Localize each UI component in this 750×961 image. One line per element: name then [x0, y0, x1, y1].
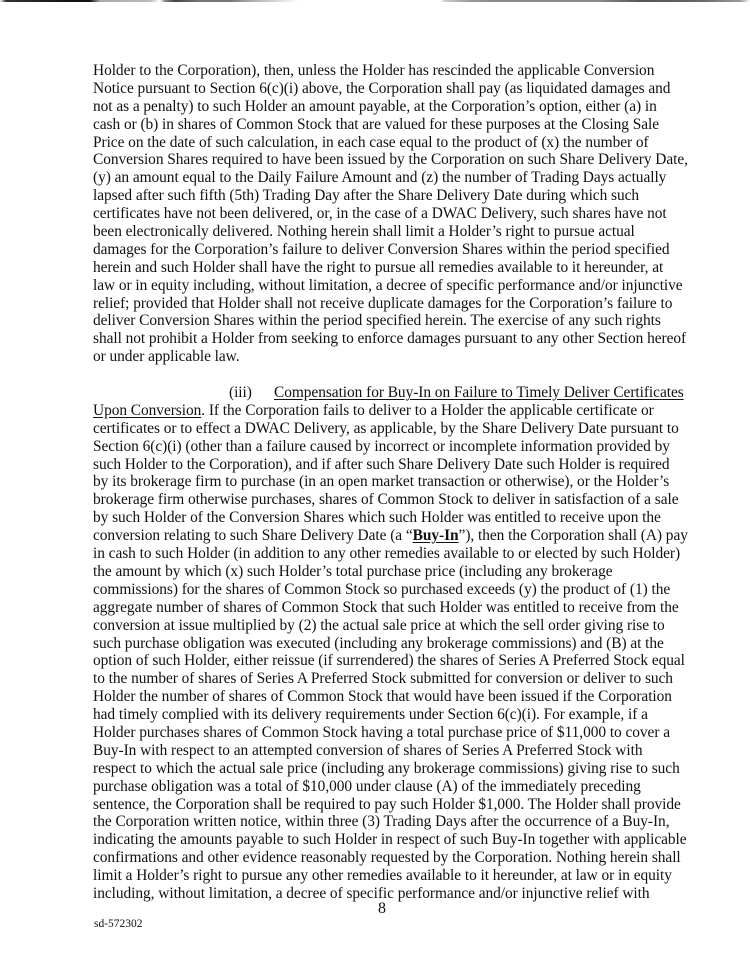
section-text-block-b: in cash to such Holder (in addition to a… [93, 545, 673, 903]
defined-term-buy-in: Buy-In [413, 527, 459, 544]
text-line: to the number of shares of Series A Pref… [93, 670, 673, 688]
text-fragment: conversion relating to such Share Delive… [93, 527, 413, 544]
text-line: . If the Corporation fails to deliver to… [201, 402, 653, 419]
text-line: been electronically delivered. Nothing h… [93, 223, 673, 241]
buy-in-definition-line: conversion relating to such Share Delive… [93, 527, 673, 545]
section-heading: Compensation for Buy-In on Failure to Ti… [274, 384, 684, 401]
section-text-block-a: certificates or to effect a DWAC Deliver… [93, 420, 673, 527]
text-line: limit a Holder’s right to pursue any oth… [93, 867, 673, 885]
text-line: Holder to the Corporation), then, unless… [93, 62, 673, 80]
text-line: herein and such Holder shall have the ri… [93, 259, 673, 277]
text-line: relief; provided that Holder shall not r… [93, 295, 673, 313]
text-line: Notice pursuant to Section 6(c)(i) above… [93, 80, 673, 98]
section-heading-continued: Upon Conversion [93, 402, 201, 419]
text-line: by its brokerage firm to purchase (in an… [93, 473, 673, 491]
text-line: Buy-In with respect to an attempted conv… [93, 742, 673, 760]
text-line: lapsed after such fifth (5th) Trading Da… [93, 187, 673, 205]
text-line: or under applicable law. [93, 348, 673, 366]
text-line: by such Holder of the Conversion Shares … [93, 509, 673, 527]
text-line: certificates or to effect a DWAC Deliver… [93, 420, 673, 438]
text-line: the amount by which (x) such Holder’s to… [93, 563, 673, 581]
text-line: law or in equity including, without limi… [93, 277, 673, 295]
page-number: 8 [0, 900, 750, 918]
text-line: respect to which the actual sale price (… [93, 760, 673, 778]
text-line: such Holder to the Corporation), and if … [93, 456, 673, 474]
text-line: Section 6(c)(i) (other than a failure ca… [93, 438, 673, 456]
text-line: Holder the number of shares of Common St… [93, 688, 673, 706]
section-iii-buy-in: (iii)Compensation for Buy-In on Failure … [93, 384, 673, 903]
text-line: indicating the amounts payable to such H… [93, 831, 673, 849]
section-heading-line-2: Upon Conversion. If the Corporation fail… [93, 402, 673, 420]
text-line: option of such Holder, either reissue (i… [93, 652, 673, 670]
text-line: the Corporation written notice, within t… [93, 813, 673, 831]
text-line: not as a penalty) to such Holder an amou… [93, 98, 673, 116]
text-line: Holder purchases shares of Common Stock … [93, 724, 673, 742]
scan-edge-artifact [0, 0, 750, 2]
text-line: sentence, the Corporation shall be requi… [93, 796, 673, 814]
text-line: in cash to such Holder (in addition to a… [93, 545, 673, 563]
text-line: purchase obligation was a total of $10,0… [93, 778, 673, 796]
text-line: Price on the date of such calculation, i… [93, 134, 673, 152]
text-fragment: ”), then the Corporation shall (A) pay [459, 527, 688, 544]
document-body: Holder to the Corporation), then, unless… [93, 62, 673, 903]
text-line: confirmations and other evidence reasona… [93, 849, 673, 867]
section-number: (iii) [229, 384, 274, 402]
text-line: such purchase obligation was executed (i… [93, 635, 673, 653]
text-line: had timely complied with its delivery re… [93, 706, 673, 724]
text-line: brokerage firm otherwise purchases, shar… [93, 491, 673, 509]
text-line: (y) an amount equal to the Daily Failure… [93, 169, 673, 187]
text-line: cash or (b) in shares of Common Stock th… [93, 116, 673, 134]
text-line: certificates have not been delivered, or… [93, 205, 673, 223]
text-line: shall not prohibit a Holder from seeking… [93, 330, 673, 348]
text-line: damages for the Corporation’s failure to… [93, 241, 673, 259]
text-line: aggregate number of shares of Common Sto… [93, 599, 673, 617]
text-line: commissions) for the shares of Common St… [93, 581, 673, 599]
section-heading-line: (iii)Compensation for Buy-In on Failure … [93, 384, 673, 402]
text-line: conversion at issue multiplied by (2) th… [93, 617, 673, 635]
paragraph-gap [93, 366, 673, 384]
document-id: sd-572302 [94, 918, 143, 930]
text-line: Conversion Shares required to have been … [93, 151, 673, 169]
text-line: deliver Conversion Shares within the per… [93, 312, 673, 330]
paragraph-liquidated-damages: Holder to the Corporation), then, unless… [93, 62, 673, 366]
